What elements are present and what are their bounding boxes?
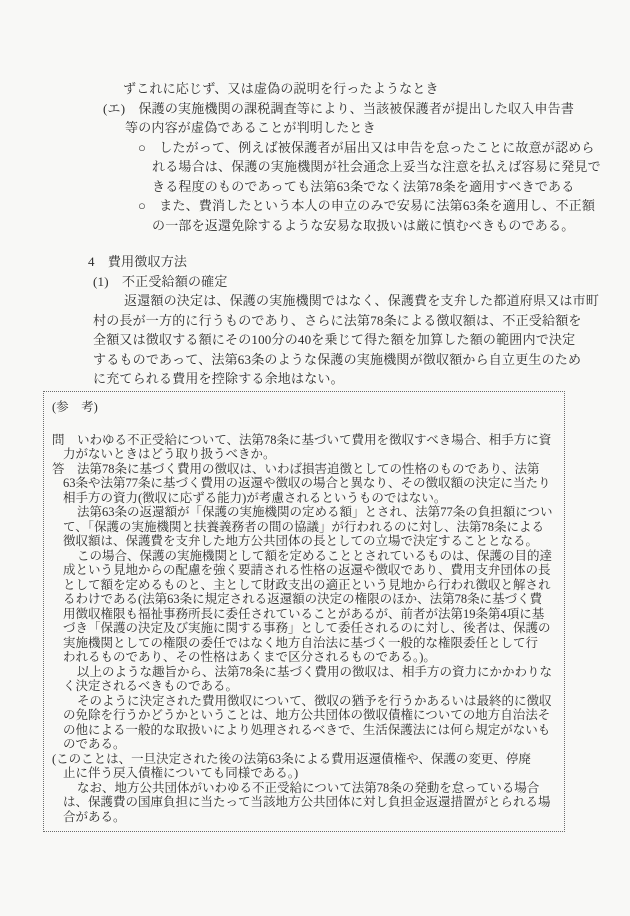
text-line: 返還額の決定は、保護の実施機関ではなく、保護費を支弁した都道府県又は市町 — [124, 291, 630, 311]
text-line: 法第63条の返還額が「保護の実施機関の定める額」とされ、法第77条の負担額につい — [77, 505, 564, 520]
text-line: きる程度のものであっても法第63条でなく法第78条を適用すべきである — [152, 177, 630, 197]
document-page: ずこれに応じず、又は虚偽の説明を行ったようなとき(エ) 保護の実施機関の課税調査… — [0, 0, 630, 916]
text-line: 相手方の資力(徴収に応ずる能力)が考慮されるというものではない。 — [63, 491, 564, 506]
text-line: ○ また、費消したという本人の申立のみで安易に法第63条を適用し、不正額 — [138, 196, 630, 216]
text-line: われるものであり、その性格はあくまで区分されるものである。)。 — [63, 650, 564, 665]
text-line: 村の長が一方的に行うものであり、さらに法第78条による徴収額は、不正受給額を — [93, 311, 630, 331]
text-line: そのように決定された費用徴収について、徴収の猶予を行うかあるいは最終的に徴収 — [77, 694, 564, 709]
text-line: 合がある。 — [63, 810, 564, 825]
section-gap — [0, 235, 630, 252]
text-line: 4 費用徴収方法 — [88, 252, 630, 272]
text-line: 成という見地からの配慮を強く要請される性格の返還や徴収であり、費用支弁団体の長 — [63, 563, 564, 578]
text-line: 徴収額は、保護費を支弁した地方公共団体の長としての立場で決定することとなる。 — [63, 534, 564, 549]
text-line: (このことは、一旦決定された後の法第63条による費用返還債権や、保護の変更、停廃 — [52, 752, 564, 767]
text-line: るわけである(法第63条に規定される返還額の決定の権限のほか、法第78条に基づく… — [63, 592, 564, 607]
text-line: (エ) 保護の実施機関の課税調査等により、当該被保護者が提出した収入申告書 — [103, 99, 630, 119]
text-line: のである。 — [63, 737, 564, 752]
text-line: の一部を返還免除するような安易な取扱いは厳に慎むべきものである。 — [152, 216, 630, 236]
reference-box-heading: (参 考) — [52, 400, 564, 415]
top-section: ずこれに応じず、又は虚偽の説明を行ったようなとき(エ) 保護の実施機関の課税調査… — [0, 79, 630, 235]
text-line: 問 いわゆる不正受給について、法第78条に基づいて費用を徴収すべき場合、相手方に… — [52, 433, 564, 448]
text-line: 等の内容が虚偽であることが判明したとき — [125, 118, 630, 138]
text-line: く決定されるべきものである。 — [63, 679, 564, 694]
text-line: に充てられる費用を控除する余地はない。 — [93, 369, 630, 389]
text-line: この場合、保護の実施機関として額を定めることとされているものは、保護の目的達 — [77, 549, 564, 564]
text-line: の他による一般的な取扱いにより処理されるべきで、生活保護法には何ら規定がないも — [63, 723, 564, 738]
text-line: 63条や法第77条に基づく費用の返還や徴収の場合と異なり、その徴収額の決定に当た… — [63, 476, 564, 491]
text-line: 全額又は徴収する額にその100分の40を乗じて得た額を加算した額の範囲内で決定 — [93, 330, 630, 350]
text-line: (1) 不正受給額の確定 — [93, 272, 630, 292]
text-line: 力がないときはどう取り扱うべきか。 — [63, 447, 564, 462]
text-line: ○ したがって、例えば被保護者が届出又は申告を怠ったことに故意が認めら — [138, 138, 630, 158]
text-line: するものであって、法第63条のような保護の実施機関が徴収額から自立更生のため — [93, 350, 630, 370]
text-line: なお、地方公共団体がいわゆる不正受給について法第78条の発動を怠っている場合 — [77, 781, 564, 796]
section-4-cost-collection: 4 費用徴収方法(1) 不正受給額の確定返還額の決定は、保護の実施機関ではなく、… — [0, 252, 630, 389]
text-line: 止に伴う戻入債権についても同様である。) — [63, 766, 564, 781]
text-line: づき「保護の決定及び実施に関する事務」として委任されるのに対し、後者は、保護の — [63, 621, 564, 636]
text-line: ずこれに応じず、又は虚偽の説明を行ったようなとき — [123, 79, 630, 99]
text-line: として額を定めるものと、主として財政支出の適正という見地から行われ徴収と解され — [63, 578, 564, 593]
text-line: 以上のような趣旨から、法第78条に基づく費用の徴収は、相手方の資力にかかわりな — [77, 665, 564, 680]
text-line: 答 法第78条に基づく費用の徴収は、いわば損害追徴としての性格のものであり、法第 — [52, 462, 564, 477]
text-line: は、保護費の国庫負担に当たって当該地方公共団体に対し負担金返還措置がとられる場 — [63, 795, 564, 810]
text-line: 用徴収権限も福祉事務所長に委任されていることがあるが、前者が法第19条第4項に基 — [63, 607, 564, 622]
text-line: れる場合は、保護の実施機関が社会通念上妥当な注意を払えば容易に発見で — [152, 157, 630, 177]
text-line: 実施機関としての権限の委任ではなく地方自治法に基づく一般的な権限委任として行 — [63, 636, 564, 651]
text-line: て、「保護の実施機関と扶養義務者の間の協議」が行われるのに対し、法第78条による — [63, 520, 564, 535]
reference-box-body: 問 いわゆる不正受給について、法第78条に基づいて費用を徴収すべき場合、相手方に… — [44, 433, 564, 825]
text-line: の免除を行うかどうかということは、地方公共団体の徴収債権についての地方自治法そ — [63, 708, 564, 723]
reference-box: (参 考) 問 いわゆる不正受給について、法第78条に基づいて費用を徴収すべき場… — [43, 391, 565, 833]
